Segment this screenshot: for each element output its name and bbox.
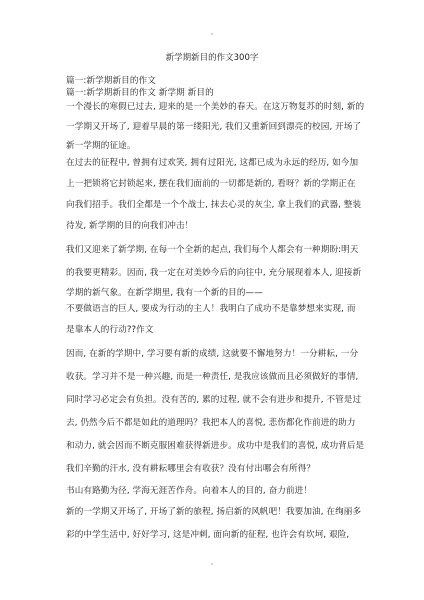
heading-1: 篇一:新学期新目的作文 [66,74,366,86]
paragraph-line: 收获。学习并不是一种兴趣, 而是一种责任, 是我应该做而且必须做好的事情, [66,370,366,382]
paragraph-line: 同时学习必定会有负担。没有苦的, 累的过程, 就不会有进步和提升, 不管是过 [66,393,366,405]
paragraph-line: 学期的新气象。在新学期里, 我有一个新的目的—— [66,286,366,298]
paragraph-line: 向我们招手。我们全都是一个个战士, 抹去心灵的灰尘, 拿上我们的武器, 整装 [66,198,366,210]
paragraph-line: 是靠本人的行动??作文 [66,323,366,335]
paragraph-line: 一学期又开场了, 迎着早晨的第一缕阳光, 我们又重新回到漂亮的校园, 开场了 [66,120,366,132]
paragraph-line: 因而, 在新的学期中, 学习要有新的成绩, 这就要不懈地努力！一分耕耘, 一分 [66,347,366,359]
document-title: 新学期新目的作文300字 [0,51,424,63]
paragraph-line: 不要做语言的巨人, 要成为行动的主人！我明白了成功不是靠梦想来实现, 而 [66,302,366,314]
paragraph-line: 上一把锁将它封锁起来, 摆在我们面前的一切都是新的, 看呀？新的学期正在 [66,177,366,189]
paragraph-line: 在过去的征程中, 曾拥有过欢笑, 拥有过阳光, 这都已成为永远的经历, 如今加 [66,156,366,168]
paragraph-line: 去, 仍然今后不都是如此的道理吗？我把本人的喜悦, 悲伤都化作前进的助力 [66,416,366,428]
paragraph-line: 我们辛勤的汗水, 没有耕耘哪里会有收获？没有付出哪会有所得？ [66,462,366,474]
paragraph-line: 的我要更精彩。因而, 我一定在对美妙今后的向往中, 充分展现着本人, 迎接新 [66,266,366,278]
paragraph-line: 新的一学期又开场了, 开场了新的旅程, 扬启新的风帆吧！我要加油, 在绚丽多 [66,505,366,517]
page-mark-top [211,33,213,35]
paragraph-line: 和动力, 就会因而不断克服困难获得新进步。成功中是我们的喜悦, 成功背后是 [66,439,366,451]
paragraph-line: 待发, 新学期的目的向我们冲击！ [66,219,366,231]
paragraph-line: 一个漫长的寒假已过去, 迎来的是一个美妙的春天。在这万物复苏的时刻, 新的 [66,100,366,112]
paragraph-line: 我们又迎来了新学期, 在每一个全新的起点, 我们每个人都会有一种期盼:明天 [66,243,366,255]
page-mark-bottom [211,563,213,565]
paragraph-line: 彩的中学生活中, 好好学习, 这是冲刺, 面向新的征程, 也许会有坎坷, 艰险, [66,528,366,540]
paragraph-line: 新一学期的征途。 [66,139,366,151]
paragraph-line: 书山有路勤为径, 学海无涯苦作舟。向着本人的目的, 奋力前进！ [66,484,366,496]
heading-2: 篇一:新学期新目的作文 新学期 新目的 [66,86,366,98]
